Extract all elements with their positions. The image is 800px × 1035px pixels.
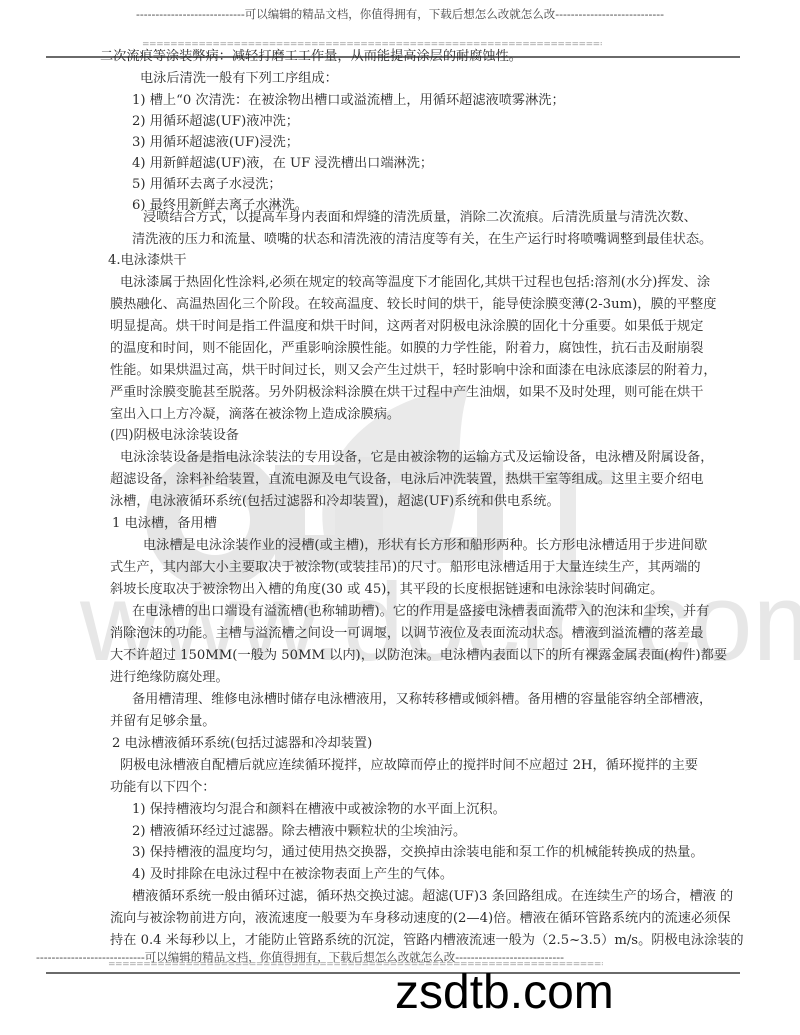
body-line: 持在 0.4 米每秒以上，才能防止管路系统的沉淀，管路内槽液流速一般为（2.5~… (110, 932, 744, 950)
body-line: 斜坡长度取决于被涂物出入槽的角度(30 或 45)，其平段的长度根据链速和电泳涂… (110, 581, 663, 599)
body-line: 3) 用循环超滤液(UF)浸洗； (132, 134, 299, 152)
body-line: 在电泳槽的出口端设有溢流槽(也称辅助槽)。它的作用是盛接电泳槽表面流带入的泡沫和… (132, 603, 709, 621)
body-line: 浸喷结合方式，以提高车身内表面和焊缝的清洗质量，消除二次流痕。后清洗质量与清洗次… (143, 209, 697, 227)
body-line: 清洗液的压力和流量、喷嘴的状态和清洗液的清洁度等有关，在生产运行时将喷嘴调整到最… (132, 231, 712, 249)
body-line: 备用槽清理、维修电泳槽时储存电泳槽液用，又称转移槽或倾斜槽。备用槽的容量能容纳全… (132, 691, 712, 709)
body-line: 1) 保持槽液均匀混合和颜料在槽液中或被涂物的水平面上沉积。 (132, 801, 506, 819)
body-line: 电泳漆属于热固化性涂料,必须在规定的较高等温度下才能固化,其烘干过程也包括:溶剂… (120, 274, 710, 292)
body-line: 消除泡沫的功能。主槽与溢流槽之间设一可调堰，以调节液位及表面流动状态。槽液到溢流… (110, 625, 703, 643)
body-line: 5) 用循环去离子水浸洗； (132, 176, 282, 194)
body-line: 1 电泳槽，备用槽 (112, 515, 217, 533)
body-line: 大不许超过 150MM(一般为 50MM 以内)，以防泡沫。电泳槽内表面以下的所… (110, 647, 727, 665)
brand-watermark: zsdtb.com (395, 965, 614, 1020)
body-line: 2) 用循环超滤(UF)液冲洗； (132, 113, 299, 131)
body-line: (四)阴极电泳涂装设备 (110, 427, 239, 445)
body-line: 3) 保持槽液的温度均匀，通过使用热交换器，交换掉由涂装电能和泵工作的机械能转换… (132, 844, 704, 862)
body-line: 超滤设备，涂料补给装置，直流电源及电气设备，电泳后冲洗装置，热烘干室等组成。这里… (110, 471, 703, 489)
header-editable-note: ----------------------------可以编辑的精品文档，你值… (0, 6, 800, 22)
body-line: 电泳涂装设备是指电泳涂装法的专用设备，它是由被涂物的运输方式及运输设备，电泳槽及… (120, 449, 713, 467)
body-line: 严重时涂膜变脆甚至脱落。另外阴极涂料涂膜在烘干过程中产生油烟，如果不及时处理，则… (110, 384, 703, 402)
body-line: 电泳后清洗一般有下列工序组成： (140, 70, 338, 88)
body-line: 性能。如果烘温过高，烘干时间过长，则又会产生过烘干，轻时影响中涂和面漆在电泳底漆… (110, 362, 717, 380)
body-line: 电泳槽是电泳涂装作业的浸槽(或主槽)，形状有长方形和船形两种。长方形电泳槽适用于… (143, 537, 707, 555)
body-line: 1) 槽上“0 次清洗：在被涂物出槽口或溢流槽上，用循环超滤液喷雾淋洗； (132, 92, 565, 110)
body-line: 进行绝缘防腐处理。 (110, 669, 229, 687)
body-line: 功能有以下四个： (110, 779, 216, 797)
body-line: 式生产，其内部大小主要取决于被涂物(或装挂吊)的尺寸。船形电泳槽适用于大量连续生… (110, 559, 701, 577)
body-line: 膜热融化、高温热固化三个阶段。在较高温度、较长时间的烘干，能导使涂膜变薄(2-3… (110, 296, 716, 314)
body-line: 并留有足够余量。 (110, 713, 216, 731)
body-line: 二次流痕等涂装弊病：减轻打磨工工作量，从而能提高涂层的耐腐蚀性。 (100, 48, 522, 66)
footer-divider (46, 972, 740, 974)
body-line: 阴极电泳槽液自配槽后就应连续循环搅拌，应故障而停止的搅拌时间不应超过 2H，循环… (120, 757, 698, 775)
body-line: 泳槽，电泳液循环系统(包括过滤器和冷却装置)，超滤(UF)系统和供电系统。 (110, 493, 560, 511)
watermark-url: www.docin.com (79, 561, 800, 684)
body-line: 的温度和时间，则不能固化，严重影响涂膜性能。如膜的力学性能，附着力，腐蚀性，抗石… (110, 340, 703, 358)
body-line: 4) 及时排除在电泳过程中在被涂物表面上产生的气体。 (132, 866, 453, 884)
body-line: 4) 用新鲜超滤(UF)液，在 UF 浸洗槽出口端淋洗； (132, 155, 433, 173)
body-line: 槽液循环系统一般由循环过滤，循环热交换过滤。超滤(UF)3 条回路组成。在连续生… (132, 888, 733, 906)
body-line: 明显提高。烘干时间是指工件温度和烘干时间，这两者对阴极电泳涂膜的固化十分重要。如… (110, 318, 703, 336)
body-line: 2) 槽液循环经过过滤器。除去槽液中颗粒状的尘埃油污。 (132, 823, 466, 841)
body-line: 流向与被涂物前进方向，液流速度一般要为车身移动速度的(2—4)倍。槽液在循环管路… (110, 910, 731, 928)
body-line: 2 电泳槽液循环系统(包括过滤器和冷却装置) (112, 735, 372, 753)
body-line: 4.电泳漆烘干 (108, 252, 187, 270)
body-line: 室出入口上方冷凝，滴落在被涂物上造成涂膜病。 (110, 406, 400, 424)
